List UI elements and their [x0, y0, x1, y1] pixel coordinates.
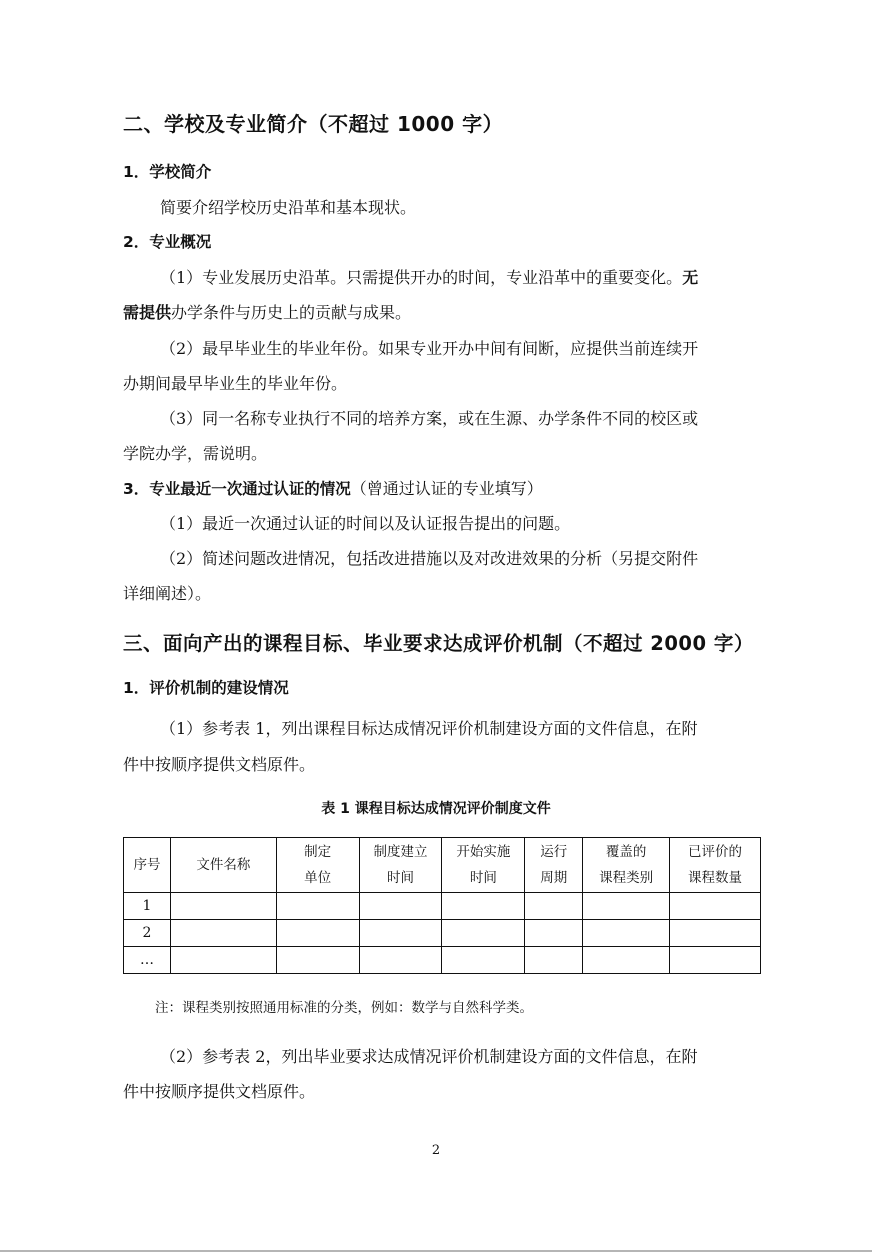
major-item1-line1: （1）专业发展历史沿革。只需提供开办的时间，专业沿革中的重要变化。无: [160, 265, 698, 288]
header-text: 开始实施: [456, 844, 510, 860]
table-cell: [276, 893, 359, 920]
school-intro-text: 简要介绍学校历史沿革和基本现状。: [160, 195, 416, 218]
document-page: 二、学校及专业简介（不超过 1000 字） 1．学校简介 简要介绍学校历史沿革和…: [0, 0, 872, 1250]
table-row: 1: [124, 893, 761, 920]
major-item1-bold-cont: 需提供: [123, 303, 171, 322]
header-start-time: 开始实施时间: [442, 838, 525, 893]
subsection-school-intro-heading: 1．学校简介: [123, 160, 211, 182]
major-item3-line1: （3）同一名称专业执行不同的培养方案，或在生源、办学条件不同的校区或: [160, 406, 698, 429]
header-text: 覆盖的: [606, 844, 647, 860]
major-item1-line2: 需提供办学条件与历史上的贡献与成果。: [123, 300, 411, 323]
header-index: 序号: [124, 838, 171, 893]
subsection-accreditation-heading: 3．专业最近一次通过认证的情况（曾通过认证的专业填写）: [123, 476, 543, 499]
header-text: 课程数量: [688, 870, 742, 886]
accreditation-title-note: （曾通过认证的专业填写）: [351, 479, 543, 498]
table-note: 注：课程类别按照通用标准的分类，例如：数学与自然科学类。: [155, 996, 533, 1016]
accreditation-item1: （1）最近一次通过认证的时间以及认证报告提出的问题。: [160, 511, 570, 534]
header-issuing-unit: 制定单位: [276, 838, 359, 893]
header-text: 时间: [470, 870, 497, 886]
header-text: 制度建立: [374, 844, 428, 860]
major-item2-line2: 办期间最早毕业生的毕业年份。: [123, 371, 347, 394]
table-cell: [583, 920, 670, 947]
table-cell: [670, 920, 761, 947]
table-header-row: 序号 文件名称 制定单位 制度建立时间 开始实施时间 运行周期 覆盖的课程类别 …: [124, 838, 761, 893]
section-2-heading: 二、学校及专业简介（不超过 1000 字）: [123, 108, 503, 137]
major-item2-line1: （2）最早毕业生的毕业年份。如果专业开办中间有间断，应提供当前连续开: [160, 336, 698, 359]
table-cell: [442, 893, 525, 920]
table-row: 2: [124, 920, 761, 947]
section-3-heading: 三、面向产出的课程目标、毕业要求达成评价机制（不超过 2000 字）: [123, 628, 754, 656]
header-text: 运行: [540, 844, 567, 860]
subsection-evaluation-mechanism-heading: 1．评价机制的建设情况: [123, 676, 289, 698]
table-row: …: [124, 947, 761, 974]
accreditation-item2-line1: （2）简述问题改进情况，包括改进措施以及对改进效果的分析（另提交附件: [160, 546, 698, 569]
header-cycle: 运行周期: [525, 838, 583, 893]
major-item1-bold: 无: [682, 268, 698, 287]
table-cell: [170, 947, 276, 974]
major-item1-text: （1）专业发展历史沿革。只需提供开办的时间，专业沿革中的重要变化。: [160, 268, 682, 287]
header-text: 单位: [304, 870, 331, 886]
header-course-count: 已评价的课程数量: [670, 838, 761, 893]
subsection-major-overview-heading: 2．专业概况: [123, 230, 211, 252]
table-cell: [525, 893, 583, 920]
table-cell: [170, 920, 276, 947]
table-cell-index: …: [124, 947, 171, 974]
evaluation-item2-line1: （2）参考表 2，列出毕业要求达成情况评价机制建设方面的文件信息，在附: [160, 1044, 697, 1067]
table-cell: [170, 893, 276, 920]
table-cell: [442, 920, 525, 947]
table-1-caption: 表 1 课程目标达成情况评价制度文件: [0, 798, 872, 818]
table-cell: [525, 920, 583, 947]
table-cell: [583, 893, 670, 920]
table-cell: [525, 947, 583, 974]
header-text: 序号: [133, 857, 160, 873]
evaluation-item2-line2: 件中按顺序提供文档原件。: [123, 1079, 315, 1102]
header-text: 已评价的: [688, 844, 742, 860]
table-cell: [276, 920, 359, 947]
accreditation-title: 3．专业最近一次通过认证的情况: [123, 480, 351, 498]
table-cell: [670, 893, 761, 920]
table-cell: [359, 893, 442, 920]
header-text: 周期: [540, 870, 567, 886]
page-number: 2: [0, 1143, 872, 1158]
header-text: 制定: [304, 844, 331, 860]
header-file-name: 文件名称: [170, 838, 276, 893]
table-cell-index: 2: [124, 920, 171, 947]
table-cell: [276, 947, 359, 974]
major-item3-line2: 学院办学，需说明。: [123, 441, 267, 464]
table-cell-index: 1: [124, 893, 171, 920]
table-cell: [359, 947, 442, 974]
table-cell: [442, 947, 525, 974]
header-text: 文件名称: [196, 857, 250, 873]
table-cell: [670, 947, 761, 974]
header-course-categories: 覆盖的课程类别: [583, 838, 670, 893]
table-cell: [583, 947, 670, 974]
table-cell: [359, 920, 442, 947]
evaluation-item1-line1: （1）参考表 1，列出课程目标达成情况评价机制建设方面的文件信息，在附: [160, 716, 697, 739]
major-item1-text-cont: 办学条件与历史上的贡献与成果。: [171, 303, 411, 322]
course-objective-evaluation-table: 序号 文件名称 制定单位 制度建立时间 开始实施时间 运行周期 覆盖的课程类别 …: [123, 837, 761, 974]
accreditation-item2-line2: 详细阐述）。: [123, 581, 211, 604]
header-text: 课程类别: [599, 870, 653, 886]
evaluation-item1-line2: 件中按顺序提供文档原件。: [123, 752, 315, 775]
header-text: 时间: [387, 870, 414, 886]
header-established-time: 制度建立时间: [359, 838, 442, 893]
